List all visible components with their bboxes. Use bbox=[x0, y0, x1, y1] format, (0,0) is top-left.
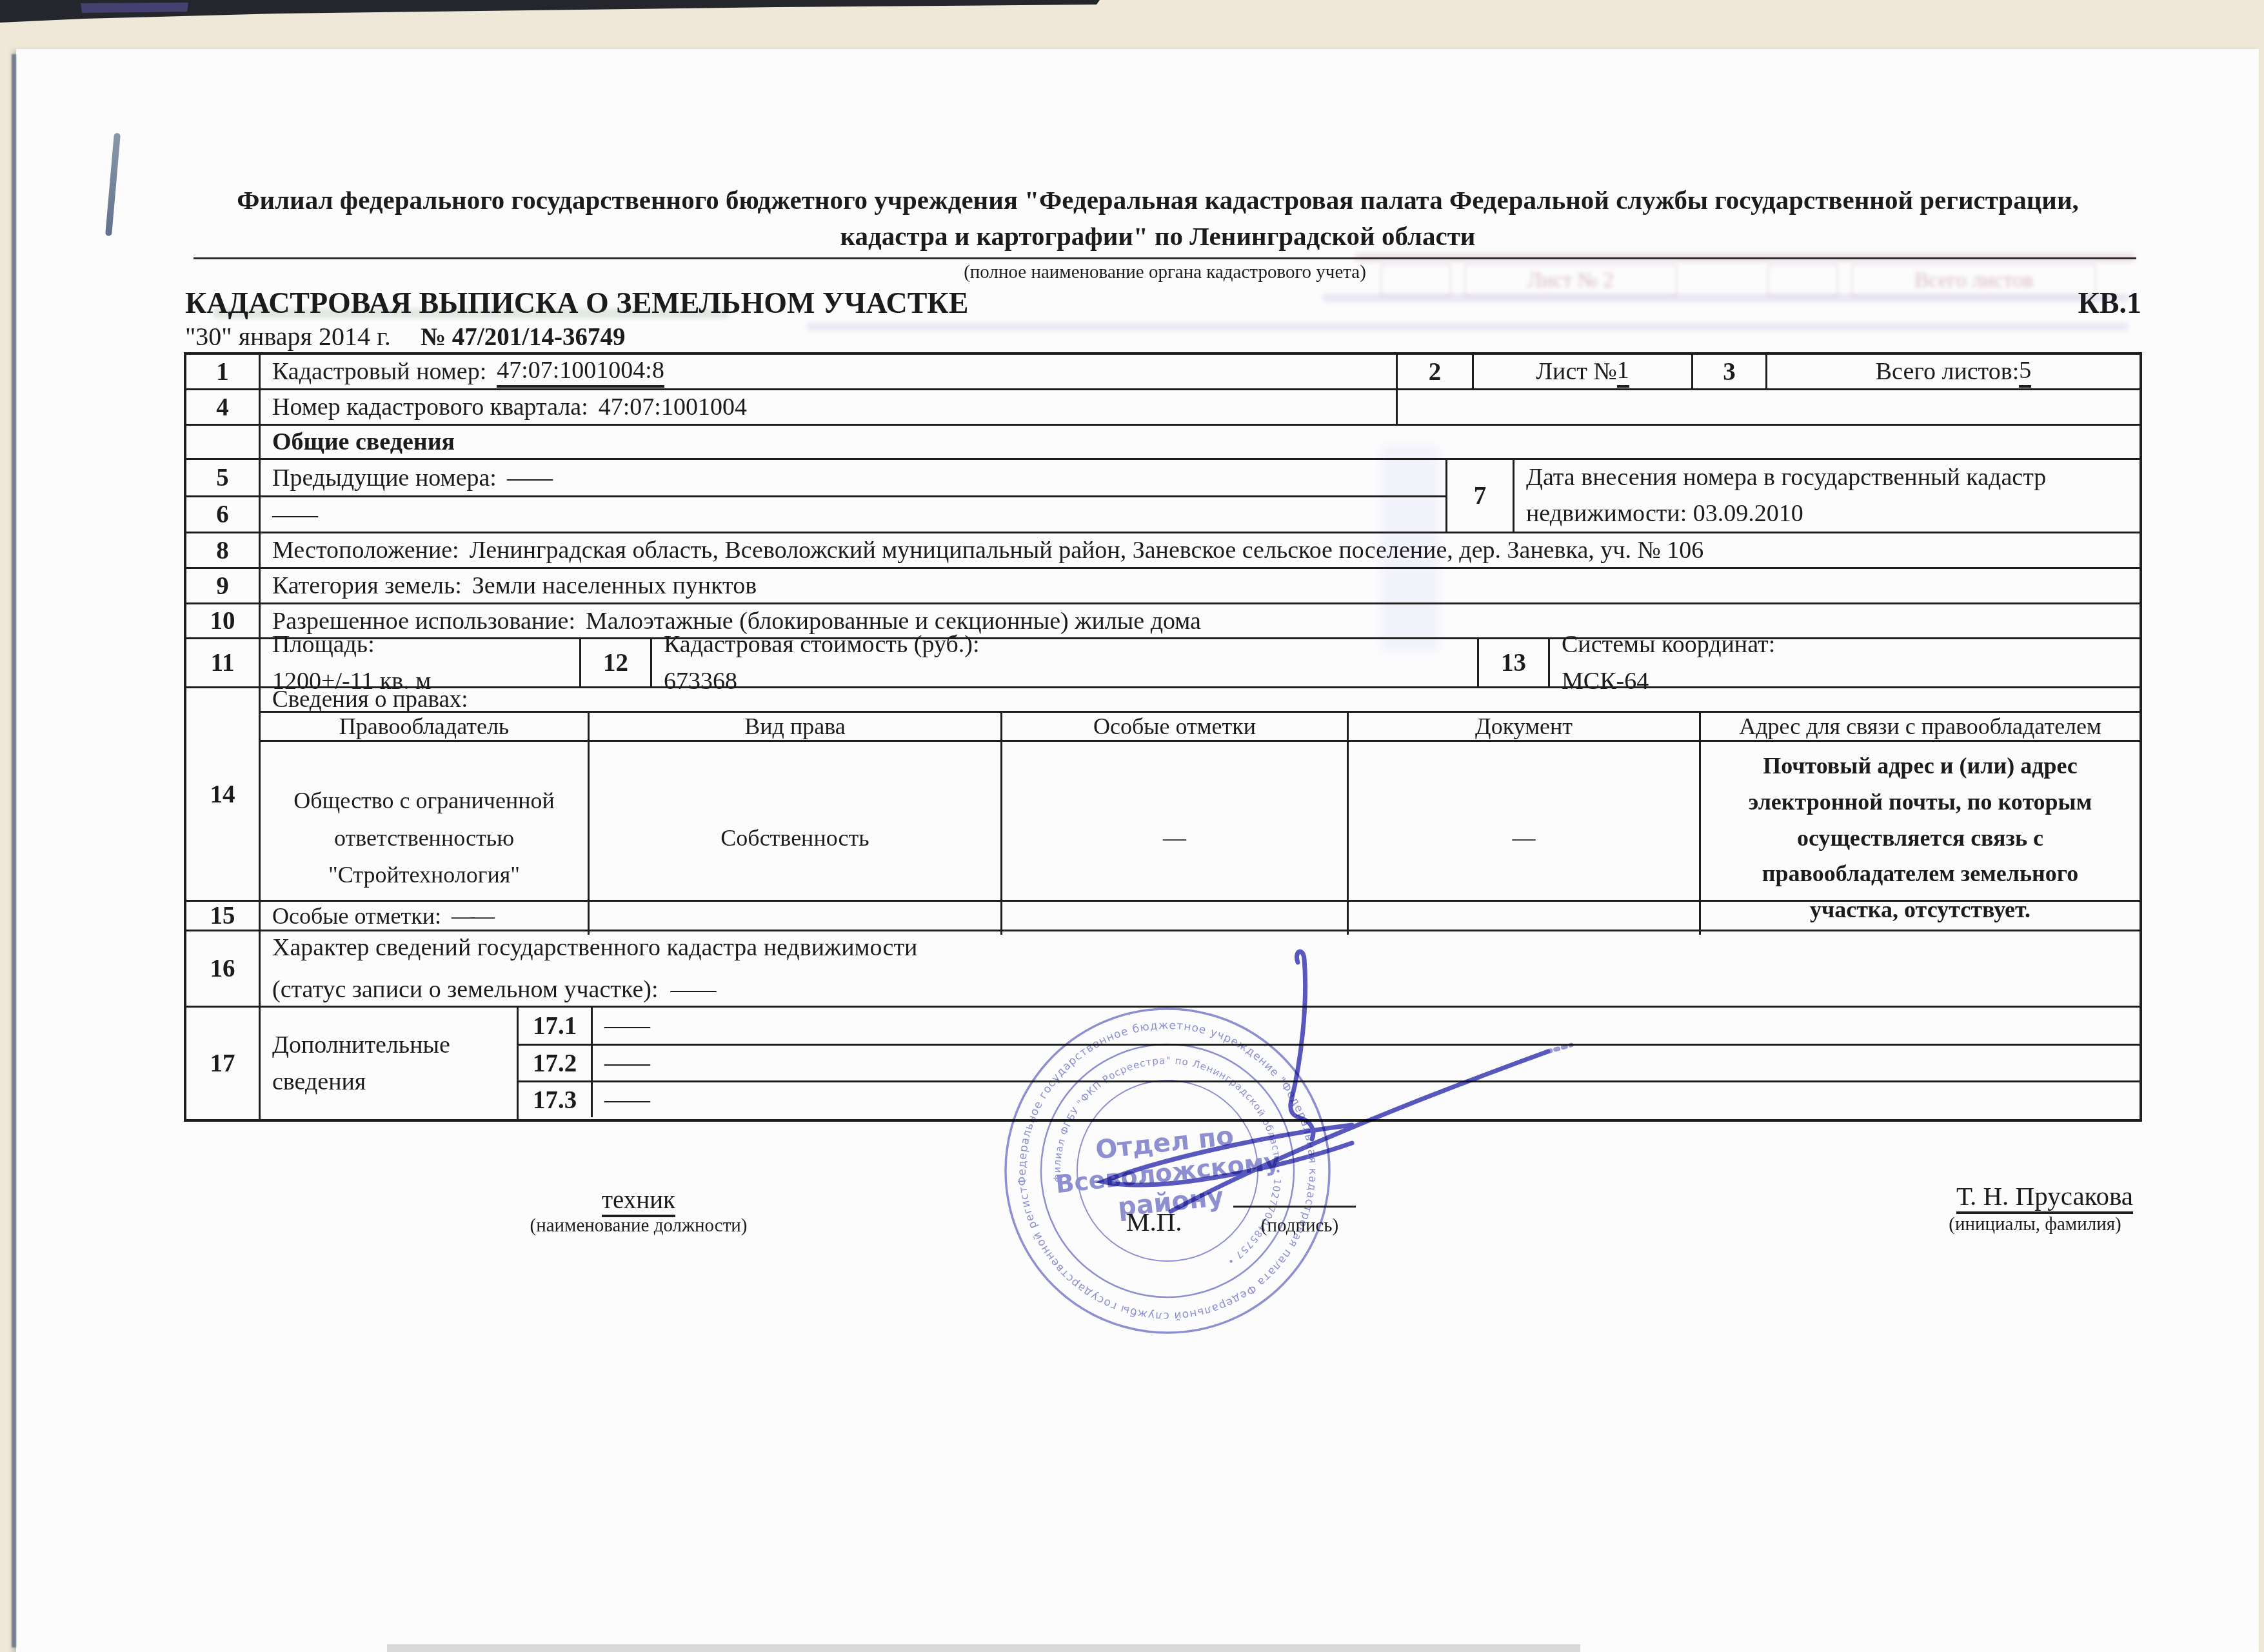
handwritten-signature bbox=[0, 0, 2264, 1652]
scanned-document: Лист № 2 Всего листов Филиал федеральног… bbox=[0, 0, 2264, 1652]
